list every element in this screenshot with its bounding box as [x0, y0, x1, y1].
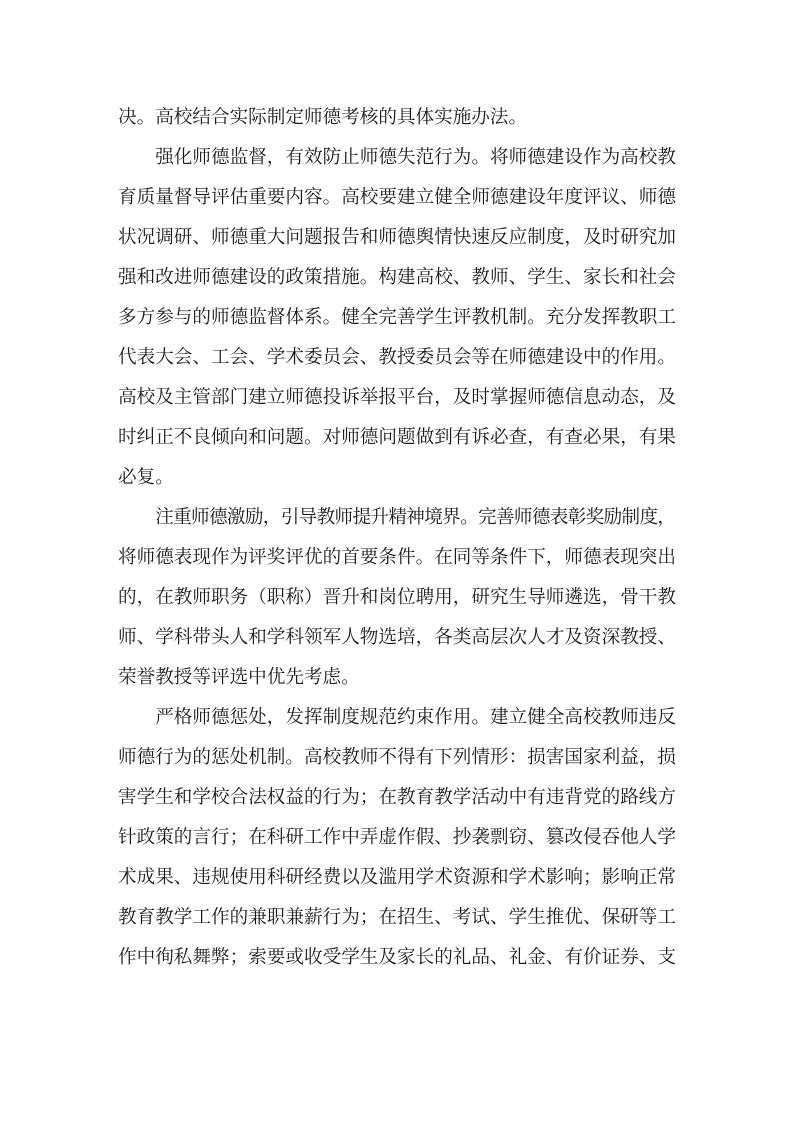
text-line: 师德行为的惩处机制。高校教师不得有下列情形：损害国家利益，损	[118, 738, 676, 778]
text-line: 术成果、违规使用科研经费以及滥用学术资源和学术影响；影响正常	[118, 858, 676, 898]
text-line: 针政策的言行；在科研工作中弄虚作假、抄袭剽窃、篡改侵吞他人学	[118, 818, 676, 858]
paragraph-assessment-continuation: 决。高校结合实际制定师德考核的具体实施办法。	[118, 98, 676, 138]
paragraph-discipline: 严格师德惩处，发挥制度规范约束作用。建立健全高校教师违反 师德行为的惩处机制。高…	[118, 698, 676, 978]
text-line: 强化师德监督，有效防止师德失范行为。将师德建设作为高校教	[118, 138, 676, 178]
text-line: 必复。	[118, 458, 676, 498]
text-line: 害学生和学校合法权益的行为；在教育教学活动中有违背党的路线方	[118, 778, 676, 818]
text-line: 师、学科带头人和学科领军人物选培，各类高层次人才及资深教授、	[118, 618, 676, 658]
paragraph-incentives: 注重师德激励，引导教师提升精神境界。完善师德表彰奖励制度， 将师德表现作为评奖评…	[118, 498, 676, 698]
text-line: 将师德表现作为评奖评优的首要条件。在同等条件下，师德表现突出	[118, 538, 676, 578]
text-line: 荣誉教授等评选中优先考虑。	[118, 658, 676, 698]
paragraph-strengthen-supervision: 强化师德监督，有效防止师德失范行为。将师德建设作为高校教 育质量督导评估重要内容…	[118, 138, 676, 498]
text-line: 代表大会、工会、学术委员会、教授委员会等在师德建设中的作用。	[118, 338, 676, 378]
text-line: 多方参与的师德监督体系。健全完善学生评教机制。充分发挥教职工	[118, 298, 676, 338]
text-line: 状况调研、师德重大问题报告和师德舆情快速反应制度，及时研究加	[118, 218, 676, 258]
text-line: 教育教学工作的兼职兼薪行为；在招生、考试、学生推优、保研等工	[118, 898, 676, 938]
text-line: 作中徇私舞弊；索要或收受学生及家长的礼品、礼金、有价证券、支	[118, 938, 676, 978]
text-line: 严格师德惩处，发挥制度规范约束作用。建立健全高校教师违反	[118, 698, 676, 738]
text-line: 注重师德激励，引导教师提升精神境界。完善师德表彰奖励制度，	[118, 498, 675, 538]
text-line: 强和改进师德建设的政策措施。构建高校、教师、学生、家长和社会	[118, 258, 676, 298]
text-line: 的，在教师职务（职称）晋升和岗位聘用，研究生导师遴选，骨干教	[118, 578, 676, 618]
text-line: 育质量督导评估重要内容。高校要建立健全师德建设年度评议、师德	[118, 178, 676, 218]
text-line: 时纠正不良倾向和问题。对师德问题做到有诉必查，有查必果，有果	[118, 418, 676, 458]
text-line: 决。高校结合实际制定师德考核的具体实施办法。	[118, 98, 676, 138]
document-page: 决。高校结合实际制定师德考核的具体实施办法。 强化师德监督，有效防止师德失范行为…	[118, 98, 676, 978]
text-line: 高校及主管部门建立师德投诉举报平台，及时掌握师德信息动态，及	[118, 378, 676, 418]
